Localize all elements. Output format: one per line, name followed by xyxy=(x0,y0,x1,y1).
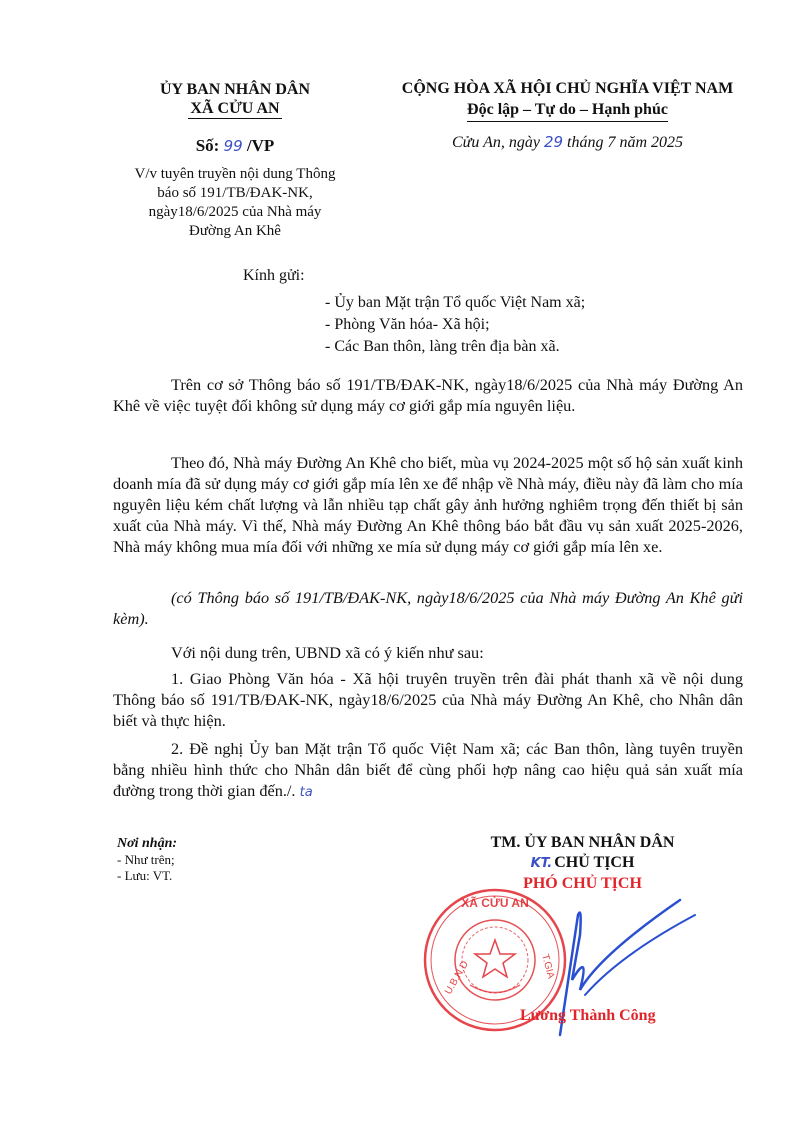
org-line-2: XÃ CỬU AN xyxy=(188,100,281,119)
national-motto: Độc lập – Tự do – Hạnh phúc xyxy=(467,99,668,122)
handwritten-number: 99 xyxy=(224,137,243,155)
document-subject: V/v tuyên truyền nội dung Thông báo số 1… xyxy=(105,165,365,241)
attachment-note: (có Thông báo số 191/TB/ĐAK-NK, ngày18/6… xyxy=(113,587,743,629)
recipient-item: - Phòng Văn hóa- Xã hội; xyxy=(325,314,585,336)
distribution-title: Nơi nhận: xyxy=(117,836,177,852)
handwritten-day: 29 xyxy=(544,133,563,151)
distribution-item: - Như trên; xyxy=(117,852,177,868)
svg-text:U.B.N.D: U.B.N.D xyxy=(443,959,471,996)
handwritten-initials: ta xyxy=(300,785,313,800)
recipients-list: - Ủy ban Mặt trận Tổ quốc Việt Nam xã; -… xyxy=(325,292,585,358)
directive-item-1: 1. Giao Phòng Văn hóa - Xã hội truyên tr… xyxy=(113,668,743,731)
recipient-item: - Các Ban thôn, làng trên địa bàn xã. xyxy=(325,336,585,358)
distribution-list: Nơi nhận: - Như trên; - Lưu: VT. xyxy=(117,836,177,884)
date-line: Cửu An, ngày 29 tháng 7 năm 2025 xyxy=(365,133,770,152)
nation-name: CỘNG HÒA XÃ HỘI CHỦ NGHĨA VIỆT NAM xyxy=(365,78,770,99)
recipient-item: - Ủy ban Mặt trận Tổ quốc Việt Nam xã; xyxy=(325,292,585,314)
handwritten-kt: KT. xyxy=(531,856,553,871)
directive-item-2: 2. Đề nghị Ủy ban Mặt trận Tổ quốc Việt … xyxy=(113,738,743,803)
recipients-label: Kính gửi: xyxy=(243,267,305,285)
issuing-authority: ỦY BAN NHÂN DÂN XÃ CỬU AN xyxy=(120,80,350,119)
signer-role: CHỦ TỊCH xyxy=(554,854,634,871)
signer-authority: TM. ỦY BAN NHÂN DÂN xyxy=(445,833,720,853)
body-paragraph: Trên cơ sở Thông báo số 191/TB/ĐAK-NK, n… xyxy=(113,374,743,416)
body-paragraph: Với nội dung trên, UBND xã có ý kiến như… xyxy=(113,642,743,663)
svg-text:XÃ CỬU AN: XÃ CỬU AN xyxy=(461,895,529,910)
national-header: CỘNG HÒA XÃ HỘI CHỦ NGHĨA VIỆT NAM Độc l… xyxy=(365,78,770,122)
org-line-1: ỦY BAN NHÂN DÂN xyxy=(120,80,350,99)
distribution-item: - Lưu: VT. xyxy=(117,868,177,884)
document-number: Số: 99 /VP xyxy=(120,136,350,156)
signer-name: Lương Thành Công xyxy=(520,1007,656,1025)
body-paragraph: Theo đó, Nhà máy Đường An Khê cho biết, … xyxy=(113,452,743,557)
